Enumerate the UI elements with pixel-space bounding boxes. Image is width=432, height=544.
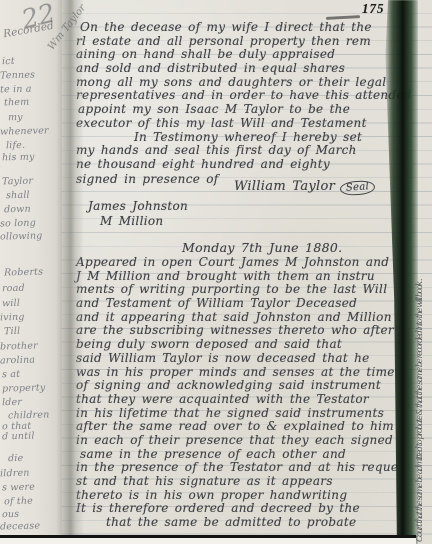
facing-page-text-fragment: decease <box>0 520 40 532</box>
facing-page-text-fragment: Till <box>4 326 21 337</box>
manuscript-line: same in the presence of each other and <box>80 448 398 462</box>
page-gutter-fold <box>56 0 84 544</box>
probate-text-block: Appeared in open Court James M Johnston … <box>76 256 398 530</box>
facing-page-text-fragment: so long <box>0 218 36 230</box>
manuscript-line: thereto is in his own proper handwriting <box>76 489 398 503</box>
manuscript-line: was in his proper minds and senses at th… <box>76 366 398 380</box>
scan-edge-margin <box>0 538 416 544</box>
facing-page-text-fragment: road <box>2 283 25 295</box>
witness-signature-line: James Johnston <box>88 199 188 214</box>
facing-page-text-fragment: Taylor <box>2 176 33 188</box>
seal-mark: Seal <box>340 180 376 196</box>
facing-page-text-fragment: Tennes <box>0 70 35 82</box>
facing-page-text-fragment: Roberts <box>4 266 43 278</box>
facing-page-text-fragment: whenever <box>0 125 49 137</box>
manuscript-line: that they were acquainted with the Testa… <box>76 393 398 407</box>
facing-page-text-fragment: down <box>4 204 31 216</box>
manuscript-line: mong all my sons and daughters or their … <box>76 76 412 90</box>
manuscript-line: being duly sworn deposed and said that <box>76 338 398 352</box>
facing-page-text-fragment: his my <box>2 152 35 164</box>
manuscript-line: of signing and acknowledging said instru… <box>76 379 398 393</box>
facing-page-text-fragment: property <box>2 382 46 394</box>
facing-page-text-fragment: of the <box>4 496 33 508</box>
facing-page-text-fragment: my <box>8 112 23 123</box>
manuscript-line: after the same read over to & explained … <box>76 420 398 434</box>
manuscript-line: rl estate and all personal property then… <box>76 35 412 49</box>
signature-name: William Taylor <box>234 179 335 194</box>
facing-page-text-fragment: ict <box>2 56 15 67</box>
manuscript-line: J M Million and brought with them an ins… <box>76 270 398 284</box>
facing-page-text-fragment: arolina <box>0 355 35 367</box>
ink-smudge <box>326 15 360 19</box>
manuscript-line: Appeared in open Court James M Johnston … <box>76 256 398 270</box>
facing-page-text-fragment: iving <box>0 312 25 324</box>
manuscript-line: and it appearing that said Johnston and … <box>76 311 398 325</box>
facing-page-text-fragment: s were <box>2 482 35 494</box>
facing-page-text-fragment: te in a <box>0 84 32 96</box>
will-text-block: On the decease of my wife I direct that … <box>76 21 412 172</box>
manuscript-line: appoint my son Isaac M Taylor to be the <box>78 103 412 117</box>
facing-page-text-fragment: ollowing <box>0 230 43 242</box>
manuscript-line: in his lifetime that he signed said inst… <box>76 407 398 421</box>
facing-page-text-fragment: ildren <box>0 468 30 480</box>
facing-page-text-fragment: lder <box>2 397 22 409</box>
manuscript-line: In Testimony whereof I hereby set <box>134 131 412 145</box>
facing-page-text-fragment: shall <box>6 190 30 202</box>
testator-signature: William TaylorSeal <box>234 179 375 195</box>
facing-page-text-fragment: them <box>4 97 30 109</box>
facing-page-text-fragment: die <box>8 453 24 464</box>
manuscript-line: aining on hand shall be duly appraised <box>76 48 412 62</box>
manuscript-line: and sold and distributed in equal shares <box>76 62 412 76</box>
witness-signature-line: M Million <box>100 214 188 229</box>
facing-page-text-fragment: s at <box>2 369 20 380</box>
facing-page-text-fragment: life. <box>6 140 26 152</box>
manuscript-line: executor of this my last Will and Testam… <box>76 117 412 131</box>
attestation-row: signed in presence of William TaylorSeal <box>76 170 392 198</box>
attestation-label: signed in presence of <box>76 172 219 186</box>
facing-page-edge: ictTenneste in athemmywheneverlife.his m… <box>0 0 62 544</box>
facing-page-text-fragment: d until <box>2 431 35 443</box>
manuscript-line: representatives and in order to have thi… <box>76 89 412 103</box>
manuscript-line: my hands and seal this first day of Marc… <box>76 144 412 158</box>
manuscript-area: 175 On the decease of my wife I direct t… <box>74 0 396 544</box>
manuscript-line: ments of writing purporting to be the la… <box>76 283 398 297</box>
witness-signatures: James JohnstonM Million <box>76 199 188 228</box>
probate-date-heading: Monday 7th June 1880. <box>182 240 342 255</box>
scanned-will-page: ictTenneste in athemmywheneverlife.his m… <box>0 0 432 544</box>
manuscript-line: are the subscribing witnesses thereto wh… <box>76 324 398 338</box>
page-number: 175 <box>362 1 385 18</box>
manuscript-line: It is therefore ordered and decreed by t… <box>76 502 398 516</box>
facing-page-text-fragment: ous <box>2 509 20 520</box>
manuscript-line: in each of their presence that they each… <box>76 434 398 448</box>
manuscript-line: st and that his signature as it appears <box>76 475 398 489</box>
manuscript-line: that the same be admitted to probate <box>106 516 398 530</box>
manuscript-line: said William Taylor is now deceased that… <box>76 352 398 366</box>
facing-page-text-fragment: will <box>2 298 20 309</box>
facing-page-text-fragment: brother <box>0 341 38 353</box>
manuscript-line: On the decease of my wife I direct that … <box>80 21 412 35</box>
manuscript-line: and Testament of William Taylor Deceased <box>76 297 398 311</box>
manuscript-line: in the presence of the Testator and at h… <box>76 461 398 475</box>
